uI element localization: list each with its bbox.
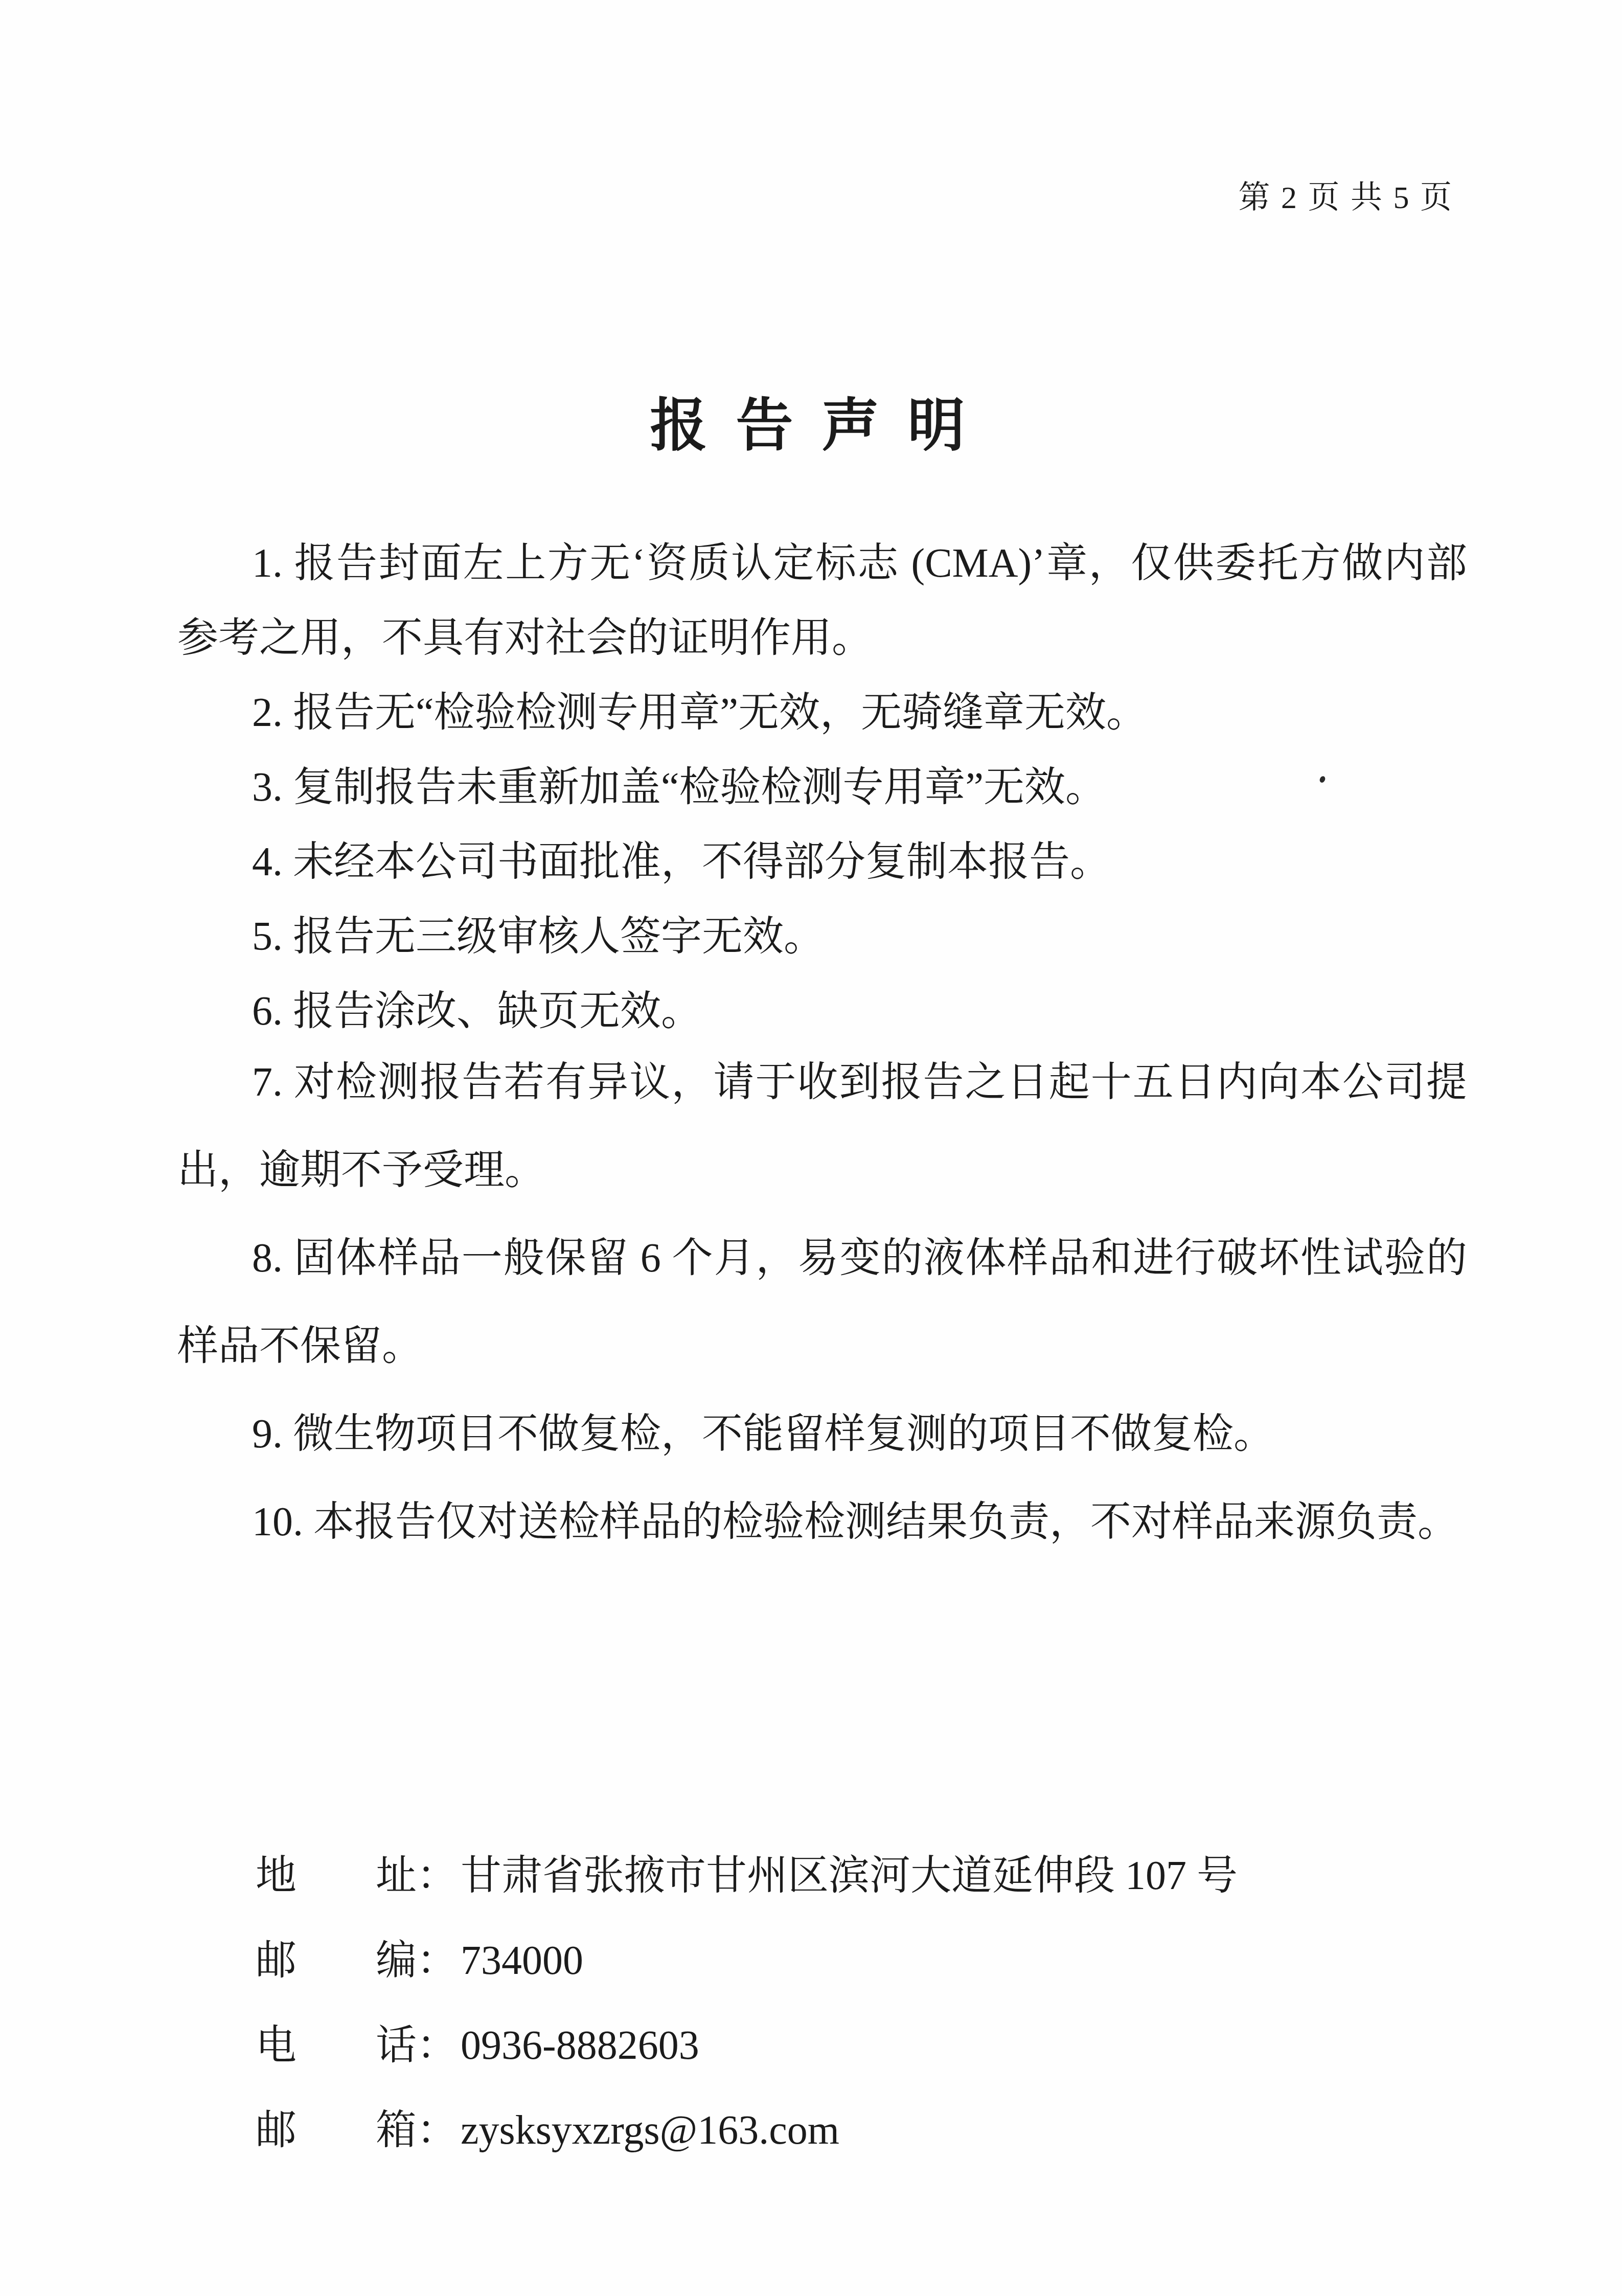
contact-row-address: 地址：甘肃省张掖市甘州区滨河大道延伸段 107 号 <box>256 1848 1238 1904</box>
declaration-item-1: 1. 报告封面左上方无‘资质认定标志 (CMA)’章，仅供委托方做内部参考之用，… <box>177 526 1467 675</box>
contact-colon: ： <box>417 2017 458 2074</box>
contact-row-postcode: 邮编：734000 <box>256 1933 1238 1989</box>
declaration-item-3: 3. 复制报告未重新加盖“检验检测专用章”无效。 <box>177 750 1467 825</box>
document-page: 第 2 页 共 5 页 报 告 声 明 1. 报告封面左上方无‘资质认定标志 (… <box>0 0 1622 2296</box>
page-title: 报 告 声 明 <box>0 380 1622 462</box>
contact-row-email: 邮箱：zysksyxzrgs@163.com <box>256 2102 1238 2158</box>
contact-email-value: zysksyxzrgs@163.com <box>461 2102 839 2158</box>
declaration-list: 1. 报告封面左上方无‘资质认定标志 (CMA)’章，仅供委托方做内部参考之用，… <box>177 526 1467 1566</box>
contact-label: 邮箱 <box>256 2102 417 2158</box>
contact-colon: ： <box>417 2102 458 2158</box>
declaration-item-10: 10. 本报告仅对送检样品的检验检测结果负责，不对样品来源负责。 <box>177 1478 1467 1566</box>
declaration-item-8: 8. 固体样品一般保留 6 个月，易变的液体样品和进行破坏性试验的样品不保留。 <box>177 1214 1467 1390</box>
page-number: 第 2 页 共 5 页 <box>1238 172 1453 217</box>
contact-colon: ： <box>417 1848 458 1904</box>
contact-label: 邮编 <box>256 1933 417 1989</box>
contact-colon: ： <box>417 1933 458 1989</box>
declaration-item-6: 6. 报告涂改、缺页无效。 <box>177 974 1467 1049</box>
contact-label: 电话 <box>256 2017 417 2074</box>
contact-address-value: 甘肃省张掖市甘州区滨河大道延伸段 107 号 <box>461 1848 1238 1904</box>
contact-postcode-value: 734000 <box>461 1933 583 1989</box>
declaration-item-7: 7. 对检测报告若有异议，请于收到报告之日起十五日内向本公司提出，逾期不予受理。 <box>177 1038 1467 1214</box>
contact-row-phone: 电话：0936-8882603 <box>256 2017 1238 2074</box>
declaration-item-2: 2. 报告无“检验检测专用章”无效，无骑缝章无效。 <box>177 675 1467 750</box>
declaration-item-9: 9. 微生物项目不做复检，不能留样复测的项目不做复检。 <box>177 1390 1467 1478</box>
contact-block: 地址：甘肃省张掖市甘州区滨河大道延伸段 107 号 邮编：734000 电话：0… <box>256 1848 1238 2187</box>
contact-label: 地址 <box>256 1848 417 1904</box>
declaration-item-5: 5. 报告无三级审核人签字无效。 <box>177 899 1467 974</box>
contact-phone-value: 0936-8882603 <box>461 2017 699 2074</box>
declaration-item-4: 4. 未经本公司书面批准，不得部分复制本报告。 <box>177 825 1467 899</box>
